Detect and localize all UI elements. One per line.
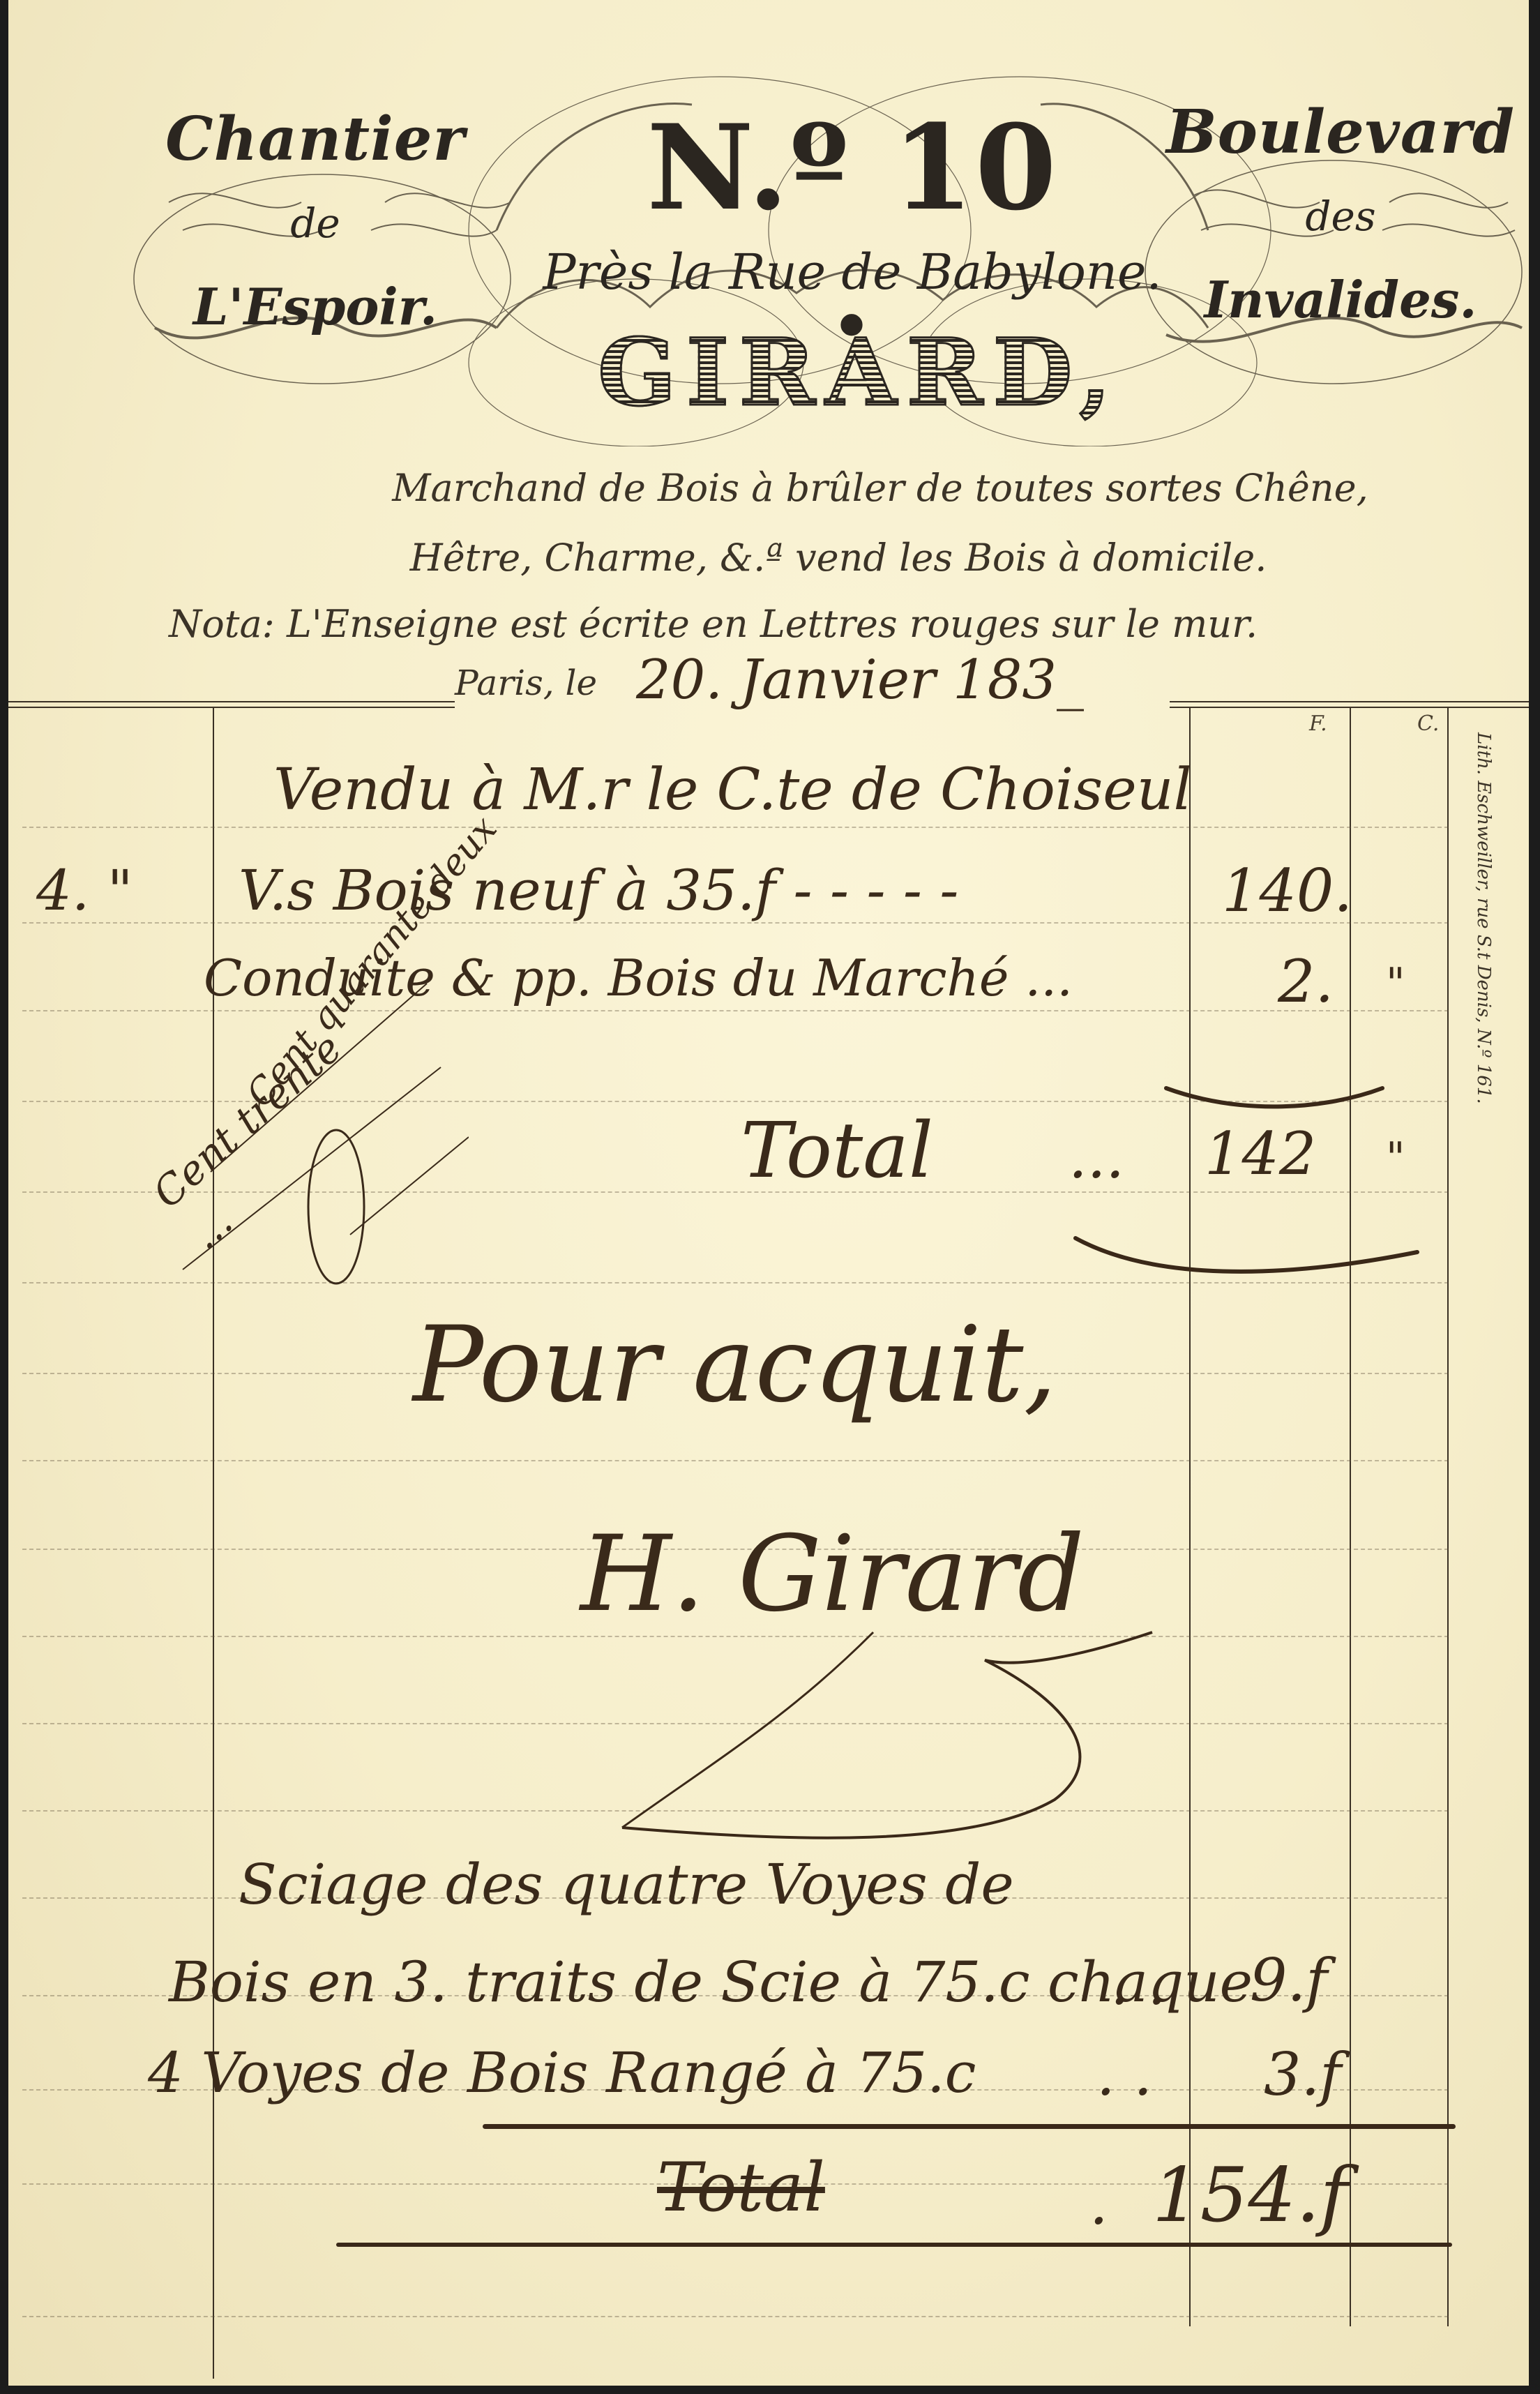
grand-total-label: Total	[657, 2148, 825, 2227]
date-value: 20. Janvier 183_	[636, 649, 1084, 712]
merchant-name: GIRARD,	[538, 321, 1180, 426]
acquit-text: Pour acquit,	[413, 1304, 1057, 1426]
signature: H. Girard	[580, 1514, 1085, 1635]
item-1-qty: 4. "	[36, 858, 133, 923]
grand-total-amount: 154.f	[1152, 2152, 1347, 2239]
grand-total-dots: .	[1089, 2169, 1108, 2238]
centimes-column-header: C.	[1417, 712, 1439, 736]
additional-line-2-text: Bois en 3. traits de Scie à 75.c chaque	[169, 1950, 1253, 2015]
subtotal-flourish-bottom	[1069, 1231, 1431, 1287]
street-number: N.º 10 .	[636, 105, 1069, 356]
margin-note-scribble	[120, 977, 469, 1325]
item-2-centimes: "	[1386, 959, 1405, 1008]
trade-line-2: Hêtre, Charme, &.ª vend les Bois à domic…	[176, 530, 1501, 586]
top-rule-right	[1170, 701, 1529, 708]
header-chantier: Chantier	[141, 105, 490, 174]
subtotal-dots: ...	[1069, 1123, 1124, 1191]
invoice-paper: Chantier de L'Espoir. N.º 10 . Près la R…	[8, 0, 1529, 2386]
lithographer-imprint: Lith. Eschweiller, rue S.t Denis, N.º 16…	[1473, 732, 1494, 1067]
additional-line-2-amount: 9.f	[1250, 1946, 1327, 2015]
additional-line-3-text: 4 Voyes de Bois Rangé à 75.c	[148, 2040, 976, 2105]
header-espoir: L'Espoir.	[141, 272, 490, 342]
location-line: Près la Rue de Babylone.	[511, 241, 1194, 303]
right-column-rule	[1447, 708, 1449, 2326]
header-de: de	[141, 174, 490, 272]
francs-column-rule	[1189, 708, 1191, 2326]
bottom-closing-rule	[336, 2243, 1452, 2247]
additional-line-2-dots: . .	[1110, 1950, 1166, 2018]
subtotal-label: Total	[741, 1106, 933, 1195]
trade-line-1: Marchand de Bois à brûler de toutes sort…	[218, 460, 1540, 516]
item-1-description: V.s Bois neuf à 35.f - - - - -	[239, 858, 958, 923]
header-des: des	[1159, 167, 1522, 265]
subtotal-centimes: "	[1386, 1134, 1405, 1182]
header-right-block: Boulevard des Invalides.	[1159, 98, 1522, 335]
additional-line-3-amount: 3.f	[1264, 2040, 1341, 2109]
francs-column-header: F.	[1309, 712, 1327, 736]
total-underline	[483, 2124, 1456, 2129]
subtotal-francs: 142	[1205, 1120, 1316, 1188]
subtotal-flourish-top	[1159, 1074, 1438, 1116]
header-boulevard: Boulevard	[1159, 98, 1522, 167]
header-left-block: Chantier de L'Espoir.	[141, 105, 490, 342]
item-2-francs: 2.	[1278, 947, 1334, 1016]
ruled-line	[22, 827, 1449, 828]
ruled-line	[22, 2316, 1449, 2317]
sold-to-line: Vendu à M.r le C.te de Choiseul	[273, 757, 1192, 823]
top-rule-left	[8, 701, 455, 708]
ruled-line	[22, 1460, 1449, 1461]
centimes-column-rule	[1350, 708, 1351, 2326]
item-1-francs: 140.	[1222, 857, 1352, 925]
place-date-label: Paris, le	[455, 663, 597, 703]
additional-line-1: Sciage des quatre Voyes de	[239, 1852, 1014, 1917]
header-invalides: Invalides.	[1159, 265, 1522, 335]
additional-line-3-dots: . .	[1096, 2040, 1152, 2109]
nota-line: Nota: L'Enseigne est écrite en Lettres r…	[169, 596, 1494, 652]
